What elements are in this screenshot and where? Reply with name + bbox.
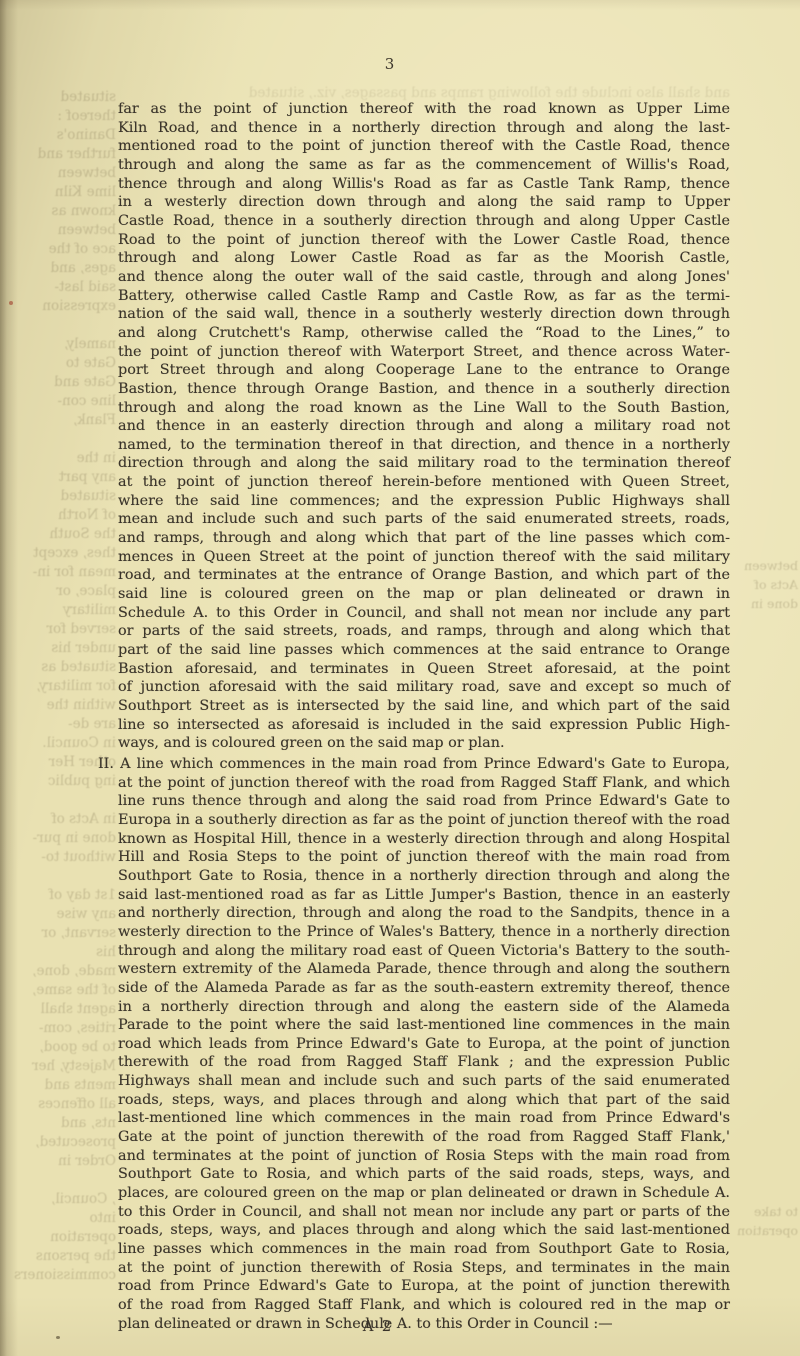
text-line: roads, steps, ways, and places through a… [118,1221,730,1240]
text-line: said line is coloured green on the map o… [118,585,730,604]
text-line: road which leads from Prince Edward's Ga… [118,1035,730,1054]
text-line: namely, [22,335,116,354]
text-line [728,822,798,841]
text-line: said last-mentioned road as far as Littl… [118,886,730,905]
text-line: ace of the [22,240,116,259]
text-line: further and [22,145,116,164]
text-line: for military, [22,677,116,696]
bleedthrough-right-margin: betweenActs ofdone in to takeoperation [728,556,798,1240]
text-line: through and along the military road east… [118,942,730,961]
text-line [728,1145,798,1164]
text-line: at the point of junction thereof herein-… [118,473,730,492]
text-line: situated [22,88,116,107]
text-line: where the said line commences; and the e… [118,492,730,511]
text-line: Europa in a southerly direction as far a… [118,811,730,830]
text-line [22,791,116,810]
text-line: the point of junction thereof with Water… [118,343,730,362]
text-line: last-mentioned line which commences in t… [118,1109,730,1128]
text-line [728,1012,798,1031]
text-line: rities, com- [22,1019,116,1038]
text-line: nts, and [22,1114,116,1133]
text-line: in the [22,449,116,468]
text-line: II. A line which commences in the main r… [118,755,730,774]
text-line [728,860,798,879]
text-line [22,867,116,886]
text-line: far as the point of junction thereof wit… [118,100,730,119]
text-line: Battery, otherwise called Castle Ramp an… [118,287,730,306]
text-line [728,1088,798,1107]
text-line [728,632,798,651]
text-line: direction through and along the said mil… [118,454,730,473]
text-line: the South [22,525,116,544]
text-line: of junction aforesaid with the said mili… [118,678,730,697]
text-line: 1st day of [22,886,116,905]
text-line: place, or [22,582,116,601]
text-line: Flank, [22,411,116,430]
bleedthrough-left-margin: situatedthereof :Danino'sfurther andbetw… [22,88,116,1285]
paper-speck [56,1336,60,1339]
text-line [728,613,798,632]
text-line: lime Kiln [22,183,116,202]
text-line: done in pur- [22,829,116,848]
text-line: Castle Road, thence in a southerly direc… [118,212,730,231]
text-line: servant, or his [22,924,116,962]
text-line: between [22,221,116,240]
text-line: military [22,601,116,620]
text-line: ages, and [22,259,116,278]
text-line: prosecuted, [22,1133,116,1152]
text-line: Gate at the point of junction therewith … [118,1128,730,1147]
text-line: mean and include such and such parts of … [118,510,730,529]
text-line: line con- [22,392,116,411]
text-line: Parade to the point where the said last-… [118,1016,730,1035]
text-line: in a northerly direction through and alo… [118,998,730,1017]
text-line: of the road from Ragged Staff Flank, and… [118,1296,730,1315]
text-line: to be good, [22,1038,116,1057]
text-line [728,689,798,708]
text-line: Gate to [22,354,116,373]
text-line: and northerly direction, through and alo… [118,904,730,923]
text-line [728,1164,798,1183]
text-line [728,1050,798,1069]
text-line: Southport Gate to Rosia, and which parts… [118,1165,730,1184]
paragraph-continuation: far as the point of junction thereof wit… [118,100,730,753]
text-line: commissioners [22,1266,116,1285]
text-line: in Council. [22,734,116,753]
text-line: Southport Gate to Rosia, thence in a nor… [118,867,730,886]
text-line [728,841,798,860]
printers-signature-mark: A 2 [118,1319,638,1335]
text-line: expression [22,297,116,316]
text-line: known as [22,202,116,221]
text-line: ing public [22,772,116,791]
text-line: line passes which commences in the main … [118,1240,730,1259]
text-line [728,1126,798,1145]
text-line: all offences [22,1095,116,1114]
text-line: part of the said line passes which comme… [118,641,730,660]
text-line: operation [728,1221,798,1240]
text-line: Southport Street as is intersected by th… [118,697,730,716]
text-line: done in [728,594,798,613]
text-line [728,974,798,993]
text-line: through and along Lower Castle Road as f… [118,249,730,268]
text-line: Acts of [728,575,798,594]
text-line: thereof : [22,107,116,126]
text-line [728,955,798,974]
text-line: into operation [22,1209,116,1247]
text-line [22,316,116,335]
paper-speck [9,301,13,305]
scanned-document-page: and shall also include the following ram… [0,0,800,1356]
text-line: thes, except [22,544,116,563]
text-line: between [728,556,798,575]
text-line: line runs thence through and along the s… [118,792,730,811]
text-line: under his [22,639,116,658]
text-line [728,746,798,765]
text-line: of the same, [22,981,116,1000]
text-line: in Acts of [22,810,116,829]
text-line [728,670,798,689]
text-line: or parts of the said streets, roads, and… [118,622,730,641]
text-line [22,430,116,449]
text-line: road, and terminates at the entrance of … [118,566,730,585]
text-line: made, done, [22,962,116,981]
binding-gutter-shadow [0,0,20,1356]
text-line: Kiln Road, and thence in a northerly dir… [118,119,730,138]
text-line [728,936,798,955]
text-line [728,898,798,917]
text-line: the persons [22,1247,116,1266]
text-line: said last- [22,278,116,297]
text-line: known as Hospital Hill, thence in a west… [118,830,730,849]
text-line: Gate and [22,373,116,392]
text-line [728,917,798,936]
paragraph-ii: II. A line which commences in the main r… [118,755,730,1333]
text-line: thence through and along Willis's Road a… [118,175,730,194]
text-line [728,803,798,822]
text-line: mences in Queen Street at the point of j… [118,548,730,567]
text-line [728,1107,798,1126]
text-line: served for [22,620,116,639]
text-line: therewith of the road from Ragged Staff … [118,1053,730,1072]
text-line [728,784,798,803]
text-line: and thence along the outer wall of the s… [118,268,730,287]
text-line [728,1031,798,1050]
text-line: nation of the said wall, thence in a sou… [118,305,730,324]
text-line: agent shall [22,1000,116,1019]
text-line: ways, and is coloured green on the said … [118,734,730,753]
text-line: mean for in- [22,563,116,582]
text-line: situated as [22,658,116,677]
text-line [728,993,798,1012]
text-line: to take [728,1202,798,1221]
text-line: westerly direction to the Prince of Wale… [118,923,730,942]
text-line: without to- [22,848,116,867]
text-line: port Street through and along Cooperage … [118,361,730,380]
text-line: any part [22,468,116,487]
text-line: , Council, [22,1190,116,1209]
text-line: any wise [22,905,116,924]
text-line [728,765,798,784]
text-line: Bastion aforesaid, and terminates in Que… [118,660,730,679]
text-line: places, are coloured green on the map or… [118,1184,730,1203]
text-line [728,651,798,670]
text-line: to this Order in Council, and shall not … [118,1203,730,1222]
text-line: and thence in an easterly direction thro… [118,417,730,436]
text-line: Order in [22,1152,116,1171]
text-line: within the [22,696,116,715]
text-line: Highways shall mean and include such and… [118,1072,730,1091]
text-line: and terminates at the point of junction … [118,1147,730,1166]
text-line: at the point of junction therewith of Ro… [118,1259,730,1278]
text-line [728,1069,798,1088]
text-line: Danino's [22,126,116,145]
text-line: Majesty, her [22,1057,116,1076]
text-line: line so intersected as aforesaid is incl… [118,716,730,735]
text-line: and ramps, through and along which that … [118,529,730,548]
text-line [728,708,798,727]
text-line: roads, steps, ways, and places through a… [118,1091,730,1110]
text-line: in a westerly direction down through and… [118,193,730,212]
text-line [728,879,798,898]
text-line [22,1171,116,1190]
text-line: are de- [22,715,116,734]
text-line: Hill and Rosia Steps to the point of jun… [118,848,730,867]
document-body: far as the point of junction thereof wit… [118,100,730,1333]
text-line: through and along the same as far as the… [118,156,730,175]
text-line: ments and [22,1076,116,1095]
text-line: named, to the termination thereof in tha… [118,436,730,455]
text-line: Schedule A. to this Order in Council, an… [118,604,730,623]
text-line: through and along the road known as the … [118,399,730,418]
text-line: road from Prince Edward's Gate to Europa… [118,1277,730,1296]
page-number: 3 [118,55,662,73]
text-line: of North [22,506,116,525]
text-line: Bastion, thence through Orange Bastion, … [118,380,730,399]
text-line: side of the Alameda Parade as far as the… [118,979,730,998]
text-line: situated [22,487,116,506]
text-line [728,727,798,746]
text-line: mentioned road to the point of junction … [118,137,730,156]
text-line: at the point of junction thereof with th… [118,774,730,793]
text-line: and along Crutchett's Ramp, otherwise ca… [118,324,730,343]
text-line [728,1183,798,1202]
text-line: Road to the point of junction thereof wi… [118,231,730,250]
text-line: between [22,164,116,183]
text-line: western extremity of the Alameda Parade,… [118,960,730,979]
